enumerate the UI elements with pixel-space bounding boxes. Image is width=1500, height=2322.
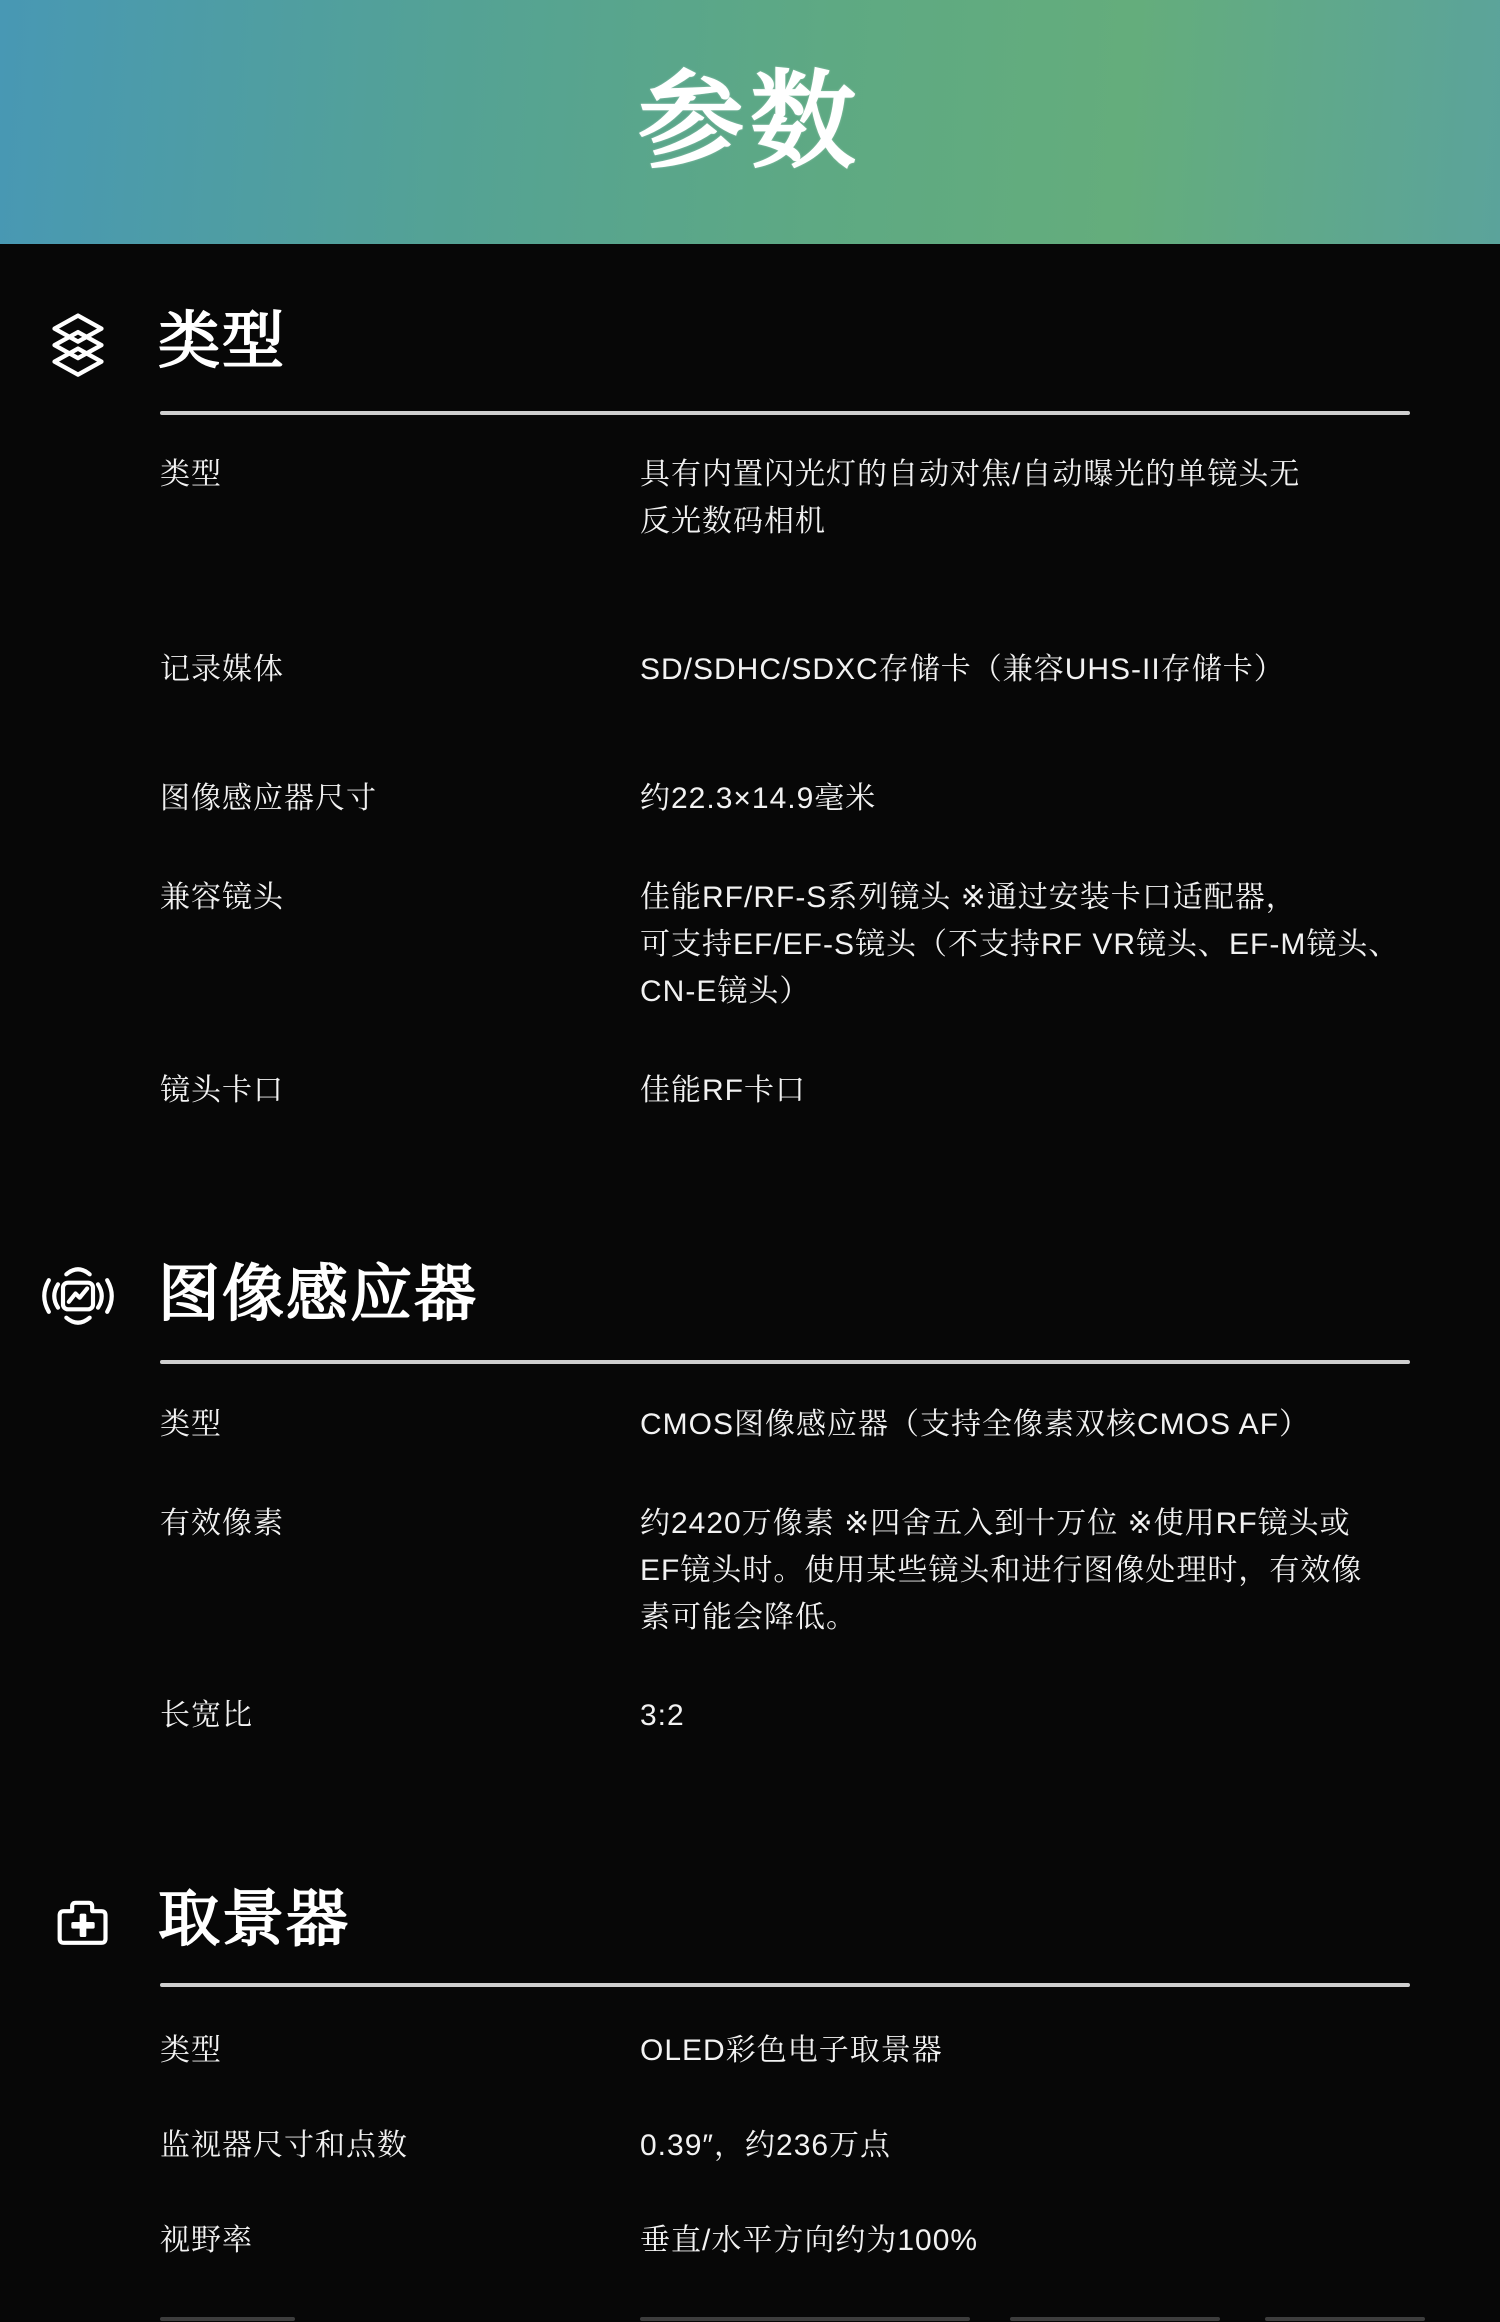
spec-value: 佳能RF卡口	[640, 1067, 1440, 1114]
page-title: 参数	[638, 69, 862, 175]
spec-value: 0.39″，约236万点	[640, 2122, 1440, 2169]
spec-label: 镜头卡口	[160, 1067, 600, 1114]
spec-sheet-page: 参数 类型 类型 具有内置闪光灯的自动对焦/自动曝光的单镜头无 反光数码相机 记…	[0, 0, 1500, 2322]
spec-label: 长宽比	[160, 1692, 600, 1739]
spec-label: 监视器尺寸和点数	[160, 2122, 600, 2169]
spec-label: 类型	[160, 1401, 600, 1448]
camera-plus-icon	[52, 1892, 114, 1952]
layers-icon	[50, 313, 106, 379]
spec-value: 3:2	[640, 1692, 1440, 1739]
spec-value: OLED彩色电子取景器	[640, 2027, 1440, 2074]
section-divider	[160, 411, 1410, 415]
spec-label: 图像感应器尺寸	[160, 775, 600, 822]
clipped-row-fragment	[640, 2317, 970, 2321]
clipped-row-fragment	[160, 2317, 295, 2321]
header-banner: 参数	[0, 0, 1500, 244]
spec-value: CMOS图像感应器（支持全像素双核CMOS AF）	[640, 1401, 1440, 1448]
spec-label: 有效像素	[160, 1500, 600, 1547]
image-sensor-icon	[38, 1256, 118, 1336]
spec-value: 约22.3×14.9毫米	[640, 775, 1440, 822]
section-title-viewfinder: 取景器	[158, 1875, 350, 1965]
spec-label: 记录媒体	[160, 646, 600, 693]
clipped-row-fragment	[1265, 2317, 1425, 2321]
spec-value: 垂直/水平方向约为100%	[640, 2217, 1440, 2264]
spec-value: 佳能RF/RF-S系列镜头 ※通过安装卡口适配器， 可支持EF/EF-S镜头（不…	[640, 874, 1440, 1015]
spec-label: 类型	[160, 451, 600, 498]
spec-label: 类型	[160, 2027, 600, 2074]
spec-value: SD/SDHC/SDXC存储卡（兼容UHS-II存储卡）	[640, 646, 1440, 693]
section-title-image-sensor: 图像感应器	[158, 1250, 478, 1340]
section-title-type: 类型	[158, 297, 286, 387]
clipped-row-fragment	[1010, 2317, 1220, 2321]
section-divider	[160, 1360, 1410, 1364]
section-divider	[160, 1983, 1410, 1987]
spec-value: 约2420万像素 ※四舍五入到十万位 ※使用RF镜头或 EF镜头时。使用某些镜头…	[640, 1500, 1440, 1641]
spec-label: 兼容镜头	[160, 874, 600, 921]
spec-value: 具有内置闪光灯的自动对焦/自动曝光的单镜头无 反光数码相机	[640, 451, 1440, 545]
spec-label: 视野率	[160, 2217, 600, 2264]
